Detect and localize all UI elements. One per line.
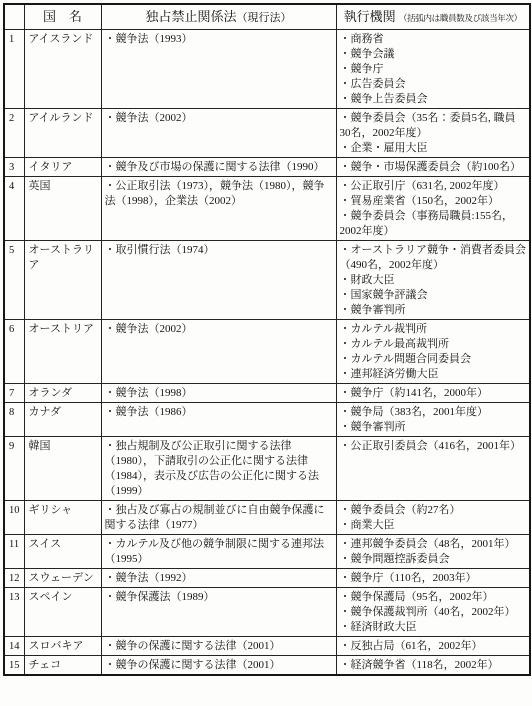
laws-cell: ・競争法（1998） [101,384,336,403]
agencies-cell: ・公正取引庁（631名, 2002年度）・貿易産業省（150名，2002年）・競… [336,177,530,241]
law-item: ・公正取引法（1973），競争法（1980），競争法（1998），企業法（200… [105,179,333,209]
table-row: 9 韓国 ・独占規制及び公正取引に関する法律（1980），下請取引の公正化に関す… [4,437,530,501]
country-name: イタリア [24,158,101,177]
laws-cell: ・競争法（1993） [101,30,336,109]
table-row: 12 スウェーデン ・競争法（1992） ・競争庁（110名，2003年） [4,569,530,588]
agencies-cell: ・公正取引委員会（416名，2001年） [336,437,530,501]
agency-item: ・広告委員会 [340,77,527,92]
country-name: アイスランド [24,30,101,109]
laws-cell: ・競争法（1992） [101,569,336,588]
law-item: ・競争及び市場の保護に関する法律（1990） [105,160,333,175]
agency-item: ・カルテル問題合同委員会 [340,352,527,367]
law-item: ・競争法（1998） [105,386,333,401]
laws-cell: ・カルテル及び他の競争制限に関する連邦法（1995） [101,535,336,569]
agency-item: ・企業・雇用大臣 [340,141,527,156]
agency-item: ・競争問題控訴委員会 [340,552,527,567]
agency-item: ・競争会議 [340,47,527,62]
header-country-label: 国 名 [43,9,82,24]
row-number: 7 [4,384,24,403]
country-name: カナダ [24,403,101,437]
law-item: ・競争法（1993） [105,32,333,47]
row-number: 5 [4,241,24,320]
header-agency-note: （括弧内は職員数及び該当年次） [399,13,522,23]
laws-cell: ・競争の保護に関する法律（2001） [101,637,336,656]
table-row: 11 スイス ・カルテル及び他の競争制限に関する連邦法（1995） ・連邦競争委… [4,535,530,569]
law-item: ・競争法（1986） [105,405,333,420]
table-row: 8 カナダ ・競争法（1986） ・競争局（383名，2001年度）・競争審判所 [4,403,530,437]
agency-item: ・連邦競争委員会（48名，2001年） [340,537,527,552]
table-row: 14 スロバキア ・競争の保護に関する法律（2001） ・反独占局（61名，20… [4,637,530,656]
table-row: 7 オランダ ・競争法（1998） ・競争庁（約141名，2000年） [4,384,530,403]
agency-item: ・競争委員会（約27名） [340,503,527,518]
agencies-cell: ・競争保護局（95名，2002年）・競争保護裁判所（40名，2002年）・経済財… [336,588,530,637]
agency-item: ・オーストラリア競争・消費者委員会（490名，2002年度） [340,243,527,273]
agencies-cell: ・競争庁（約141名，2000年） [336,384,530,403]
agency-item: ・競争審判所 [340,420,527,435]
agency-item: ・経済財政大臣 [340,620,527,635]
country-name: ギリシャ [24,501,101,535]
agency-item: ・国家競争評議会 [340,288,527,303]
agencies-cell: ・競争委員会（35名：委員5名, 職員30名，2002年度）・企業・雇用大臣 [336,109,530,158]
law-item: ・競争の保護に関する法律（2001） [105,639,333,654]
agency-item: ・競争委員会（事務局職員:155名，2002年度） [340,209,527,239]
row-number: 6 [4,320,24,384]
table-row: 13 スペイン ・競争保護法（1989） ・競争保護局（95名，2002年）・競… [4,588,530,637]
law-item: ・独占規制及び公正取引に関する法律（1980），下請取引の公正化に関する法律（1… [105,439,333,499]
agency-item: ・カルテル最高裁判所 [340,337,527,352]
agency-item: ・競争・市場保護委員会（約100名） [340,160,527,175]
table-row: 5 オーストラリア ・取引慣行法（1974） ・オーストラリア競争・消費者委員会… [4,241,530,320]
laws-cell: ・競争保護法（1989） [101,588,336,637]
law-item: ・競争法（2002） [105,322,333,337]
agency-item: ・競争審判所 [340,303,527,318]
agency-item: ・競争保護局（95名，2002年） [340,590,527,605]
row-number: 8 [4,403,24,437]
header-row: 国 名 独占禁止関係法（現行法） 執行機関 （括弧内は職員数及び該当年次） [4,4,530,30]
country-name: スイス [24,535,101,569]
row-number: 4 [4,177,24,241]
law-item: ・競争保護法（1989） [105,590,333,605]
agencies-cell: ・商務省・競争会議・競争庁・広告委員会・競争上告委員会 [336,30,530,109]
laws-cell: ・競争法（2002） [101,109,336,158]
agency-item: ・競争局（383名，2001年度） [340,405,527,420]
law-item: ・カルテル及び他の競争制限に関する連邦法（1995） [105,537,333,567]
agencies-cell: ・競争委員会（約27名）・商業大臣 [336,501,530,535]
agency-item: ・反独占局（61名，2002年） [340,639,527,654]
country-name: 韓国 [24,437,101,501]
header-country: 国 名 [24,4,101,30]
laws-cell: ・競争法（2002） [101,320,336,384]
agencies-cell: ・反独占局（61名，2002年） [336,637,530,656]
document-page: 国 名 独占禁止関係法（現行法） 執行機関 （括弧内は職員数及び該当年次） 1 … [0,0,532,706]
agency-item: ・競争保護裁判所（40名，2002年） [340,605,527,620]
table-row: 10 ギリシャ ・独占及び寡占の規制並びに自由競争保護に関する法律（1977） … [4,501,530,535]
agency-item: ・商務省 [340,32,527,47]
laws-cell: ・独占規制及び公正取引に関する法律（1980），下請取引の公正化に関する法律（1… [101,437,336,501]
country-name: スロバキア [24,637,101,656]
agency-item: ・財政大臣 [340,273,527,288]
agency-item: ・連邦経済労働大臣 [340,367,527,382]
law-item: ・取引慣行法（1974） [105,243,333,258]
law-item: ・競争の保護に関する法律（2001） [105,658,333,673]
agencies-cell: ・経済競争省（118名，2002年） [336,656,530,676]
header-agency: 執行機関 （括弧内は職員数及び該当年次） [336,4,530,30]
country-name: スウェーデン [24,569,101,588]
table-row: 3 イタリア ・競争及び市場の保護に関する法律（1990） ・競争・市場保護委員… [4,158,530,177]
agencies-cell: ・競争・市場保護委員会（約100名） [336,158,530,177]
country-name: 英国 [24,177,101,241]
row-number: 15 [4,656,24,676]
row-number: 3 [4,158,24,177]
agency-item: ・公正取引庁（631名, 2002年度） [340,179,527,194]
agency-item: ・競争庁（約141名，2000年） [340,386,527,401]
table-row: 15 チェコ ・競争の保護に関する法律（2001） ・経済競争省（118名，20… [4,656,530,676]
country-name: スペイン [24,588,101,637]
row-number: 1 [4,30,24,109]
agency-item: ・競争上告委員会 [340,92,527,107]
country-name: オランダ [24,384,101,403]
laws-cell: ・独占及び寡占の規制並びに自由競争保護に関する法律（1977） [101,501,336,535]
row-number: 11 [4,535,24,569]
agency-item: ・競争委員会（35名：委員5名, 職員30名，2002年度） [340,111,527,141]
laws-cell: ・競争及び市場の保護に関する法律（1990） [101,158,336,177]
laws-cell: ・取引慣行法（1974） [101,241,336,320]
row-number: 13 [4,588,24,637]
country-name: オーストリア [24,320,101,384]
row-number: 9 [4,437,24,501]
row-number: 12 [4,569,24,588]
agency-item: ・公正取引委員会（416名，2001年） [340,439,527,454]
agency-item: ・カルテル裁判所 [340,322,527,337]
agencies-cell: ・競争局（383名，2001年度）・競争審判所 [336,403,530,437]
table-row: 1 アイスランド ・競争法（1993） ・商務省・競争会議・競争庁・広告委員会・… [4,30,530,109]
row-number: 2 [4,109,24,158]
row-number: 14 [4,637,24,656]
agencies-cell: ・カルテル裁判所・カルテル最高裁判所・カルテル問題合同委員会・連邦経済労働大臣 [336,320,530,384]
country-name: アイルランド [24,109,101,158]
laws-cell: ・競争の保護に関する法律（2001） [101,656,336,676]
header-agency-label: 執行機関 [344,9,396,24]
table-row: 6 オーストリア ・競争法（2002） ・カルテル裁判所・カルテル最高裁判所・カ… [4,320,530,384]
header-law: 独占禁止関係法（現行法） [101,4,336,30]
table-row: 4 英国 ・公正取引法（1973），競争法（1980），競争法（1998），企業… [4,177,530,241]
agency-item: ・競争庁（110名，2003年） [340,571,527,586]
agencies-cell: ・オーストラリア競争・消費者委員会（490名，2002年度）・財政大臣・国家競争… [336,241,530,320]
agencies-cell: ・連邦競争委員会（48名，2001年）・競争問題控訴委員会 [336,535,530,569]
agency-item: ・貿易産業省（150名，2002年） [340,194,527,209]
law-item: ・独占及び寡占の規制並びに自由競争保護に関する法律（1977） [105,503,333,533]
country-name: オーストラリア [24,241,101,320]
row-number: 10 [4,501,24,535]
country-name: チェコ [24,656,101,676]
header-law-label: 独占禁止関係法 [145,9,236,24]
agencies-cell: ・競争庁（110名，2003年） [336,569,530,588]
header-law-note: （現行法） [237,12,292,24]
agency-item: ・商業大臣 [340,518,527,533]
table-row: 2 アイルランド ・競争法（2002） ・競争委員会（35名：委員5名, 職員3… [4,109,530,158]
header-index [4,4,24,30]
agency-item: ・経済競争省（118名，2002年） [340,658,527,673]
law-item: ・競争法（2002） [105,111,333,126]
antitrust-law-table: 国 名 独占禁止関係法（現行法） 執行機関 （括弧内は職員数及び該当年次） 1 … [3,3,531,676]
agency-item: ・競争庁 [340,62,527,77]
laws-cell: ・競争法（1986） [101,403,336,437]
law-item: ・競争法（1992） [105,571,333,586]
laws-cell: ・公正取引法（1973），競争法（1980），競争法（1998），企業法（200… [101,177,336,241]
